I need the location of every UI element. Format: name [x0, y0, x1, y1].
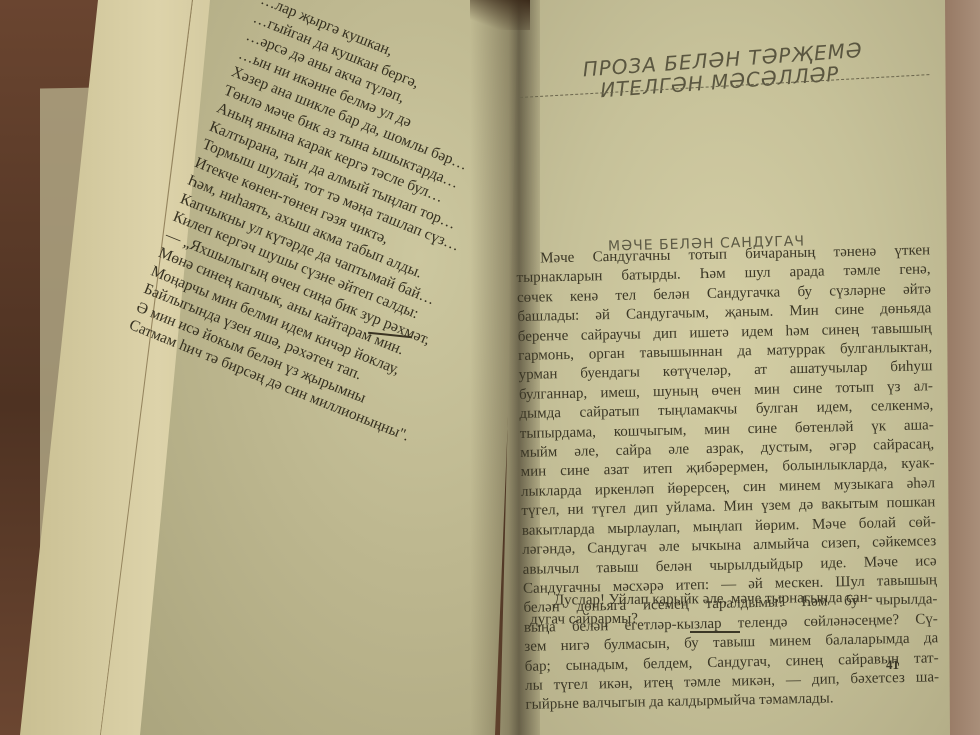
story-end-rule — [690, 631, 740, 633]
moral-line-1: Дуслар! Уйлап карыйк әле, мәче тырнагынд… — [530, 588, 930, 611]
moral-line-2: дугач сайрармы? — [530, 608, 930, 631]
page-number: 41 — [886, 657, 899, 673]
story-body: Мәче Сандугачны тотып бичараның тәненә ү… — [516, 241, 940, 715]
moral-text: Дуслар! Уйлап карыйк әле, мәче тырнагынд… — [530, 588, 930, 630]
shadow-corner — [470, 0, 530, 30]
